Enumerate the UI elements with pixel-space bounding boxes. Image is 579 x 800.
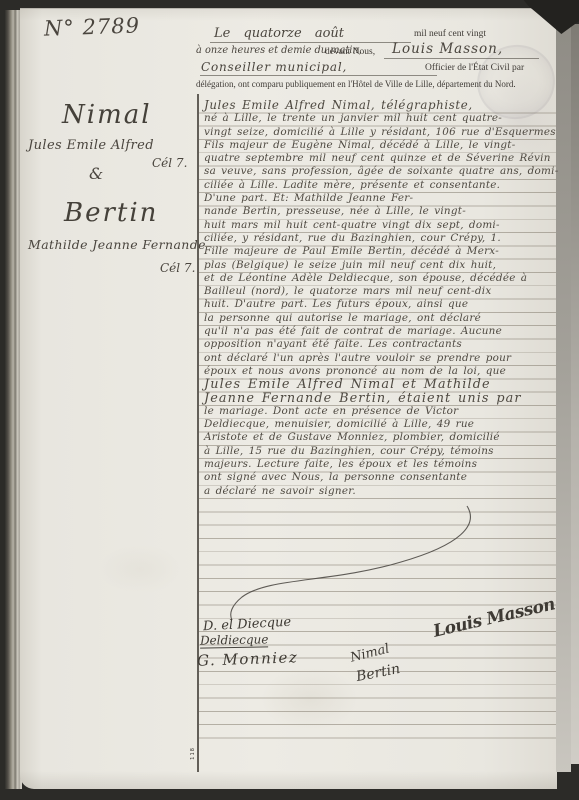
- body-line: ciliée à Lille. Ladite mère, présente et…: [204, 179, 556, 192]
- body-line: vingt seize, domicilié à Lille y résidan…: [204, 126, 556, 139]
- body-line: Jules Emile Alfred Nimal et Mathilde: [204, 378, 556, 391]
- act-number: N° 2789: [44, 13, 141, 40]
- header-officer-name-handwritten: Louis Masson,: [392, 41, 503, 57]
- act-body-text: Jules Emile Alfred Nimal, télégraphiste,…: [204, 99, 556, 498]
- body-line: huit. D'autre part. Les futurs époux, ai…: [204, 298, 556, 311]
- margin-bride-status: Cél 7.: [160, 261, 195, 275]
- header-date-handwritten: Le quatorze août: [214, 26, 344, 41]
- body-line: époux et nous avons prononcé au nom de l…: [204, 365, 556, 378]
- margin-bride-surname: Bertin: [64, 198, 158, 228]
- body-line: quatre septembre mil neuf cent quinze et…: [204, 152, 556, 165]
- witness2-signature: G. Monniez: [197, 648, 299, 670]
- header-year-printed: mil neuf cent vingt: [414, 29, 486, 39]
- facing-page-edge: [556, 16, 571, 772]
- register-scan: N° 2789 Le quatorze août mil neuf cent v…: [0, 0, 579, 800]
- body-line: le mariage. Dont acte en présence de Vic…: [204, 405, 556, 418]
- body-line: D'une part. Et: Mathilde Jeanne Fer-: [204, 192, 556, 205]
- header-devant-nous-printed: devant Nous,: [325, 47, 375, 57]
- printer-page-mark: 118: [190, 747, 196, 760]
- body-line: ciliée, y résidant, rue du Bazinghien, c…: [204, 232, 556, 245]
- body-line: a déclaré ne savoir signer.: [204, 485, 556, 498]
- margin-bride-firstnames: Mathilde Jeanne Fernande: [28, 237, 206, 252]
- body-line: sa veuve, sans profession, âgée de soixa…: [204, 165, 556, 178]
- facing-page-edge-outer: [571, 24, 579, 764]
- margin-groom-status: Cél 7.: [152, 156, 187, 170]
- body-line: huit mars mil huit cent-quatre vingt dix…: [204, 219, 556, 232]
- body-line: la personne qui autorise le mariage, ont…: [204, 312, 556, 325]
- body-line: ont déclaré l'un après l'autre vouloir s…: [204, 352, 556, 365]
- body-line: Fils majeur de Eugène Nimal, décédé à Li…: [204, 139, 556, 152]
- body-line: Jules Emile Alfred Nimal, télégraphiste,: [204, 99, 556, 112]
- header-officer-title-handwritten: Conseiller municipal,: [201, 60, 347, 74]
- body-line: qu'il n'a pas été fait de contrat de mar…: [204, 325, 556, 338]
- body-line: Deldiecque, menuisier, domicilié à Lille…: [204, 418, 556, 431]
- margin-ampersand: &: [89, 164, 103, 183]
- witness1-signature: Deldiecque: [200, 632, 269, 648]
- body-line: Bailleul (nord), le quatorze mars mil ne…: [204, 285, 556, 298]
- closing-flourish: [195, 498, 485, 628]
- body-line: Jeanne Fernande Bertin, étaient unis par: [204, 392, 556, 405]
- body-line: majeurs. Lecture faite, les époux et les…: [204, 458, 556, 471]
- body-line: et de Léontine Adèle Deldiecque, son épo…: [204, 272, 556, 285]
- body-line: opposition n'ayant été faite. Les contra…: [204, 338, 556, 351]
- margin-groom-firstnames: Jules Emile Alfred: [28, 138, 154, 153]
- body-line: Aristote et de Gustave Monniez, plombier…: [204, 431, 556, 444]
- body-line: Fille majeure de Paul Emile Bertin, décé…: [204, 245, 556, 258]
- body-line: né à Lille, le trente un janvier mil hui…: [204, 112, 556, 125]
- fill-in-line-date: [210, 42, 411, 43]
- body-line: ont signé avec Nous, la personne consent…: [204, 471, 556, 484]
- margin-groom-surname: Nimal: [62, 100, 152, 130]
- fill-in-line-title: [200, 75, 437, 76]
- body-line: à Lille, 15 rue du Bazinghien, cour Crép…: [204, 445, 556, 458]
- header-delegation-printed: délégation, ont comparu publiquement en …: [196, 79, 516, 89]
- header-officier-printed: Officier de l'État Civil par: [425, 63, 524, 73]
- body-line: plas (Belgique) le seize juin mil neuf c…: [204, 259, 556, 272]
- body-line: nande Bertin, presseuse, née à Lille, le…: [204, 205, 556, 218]
